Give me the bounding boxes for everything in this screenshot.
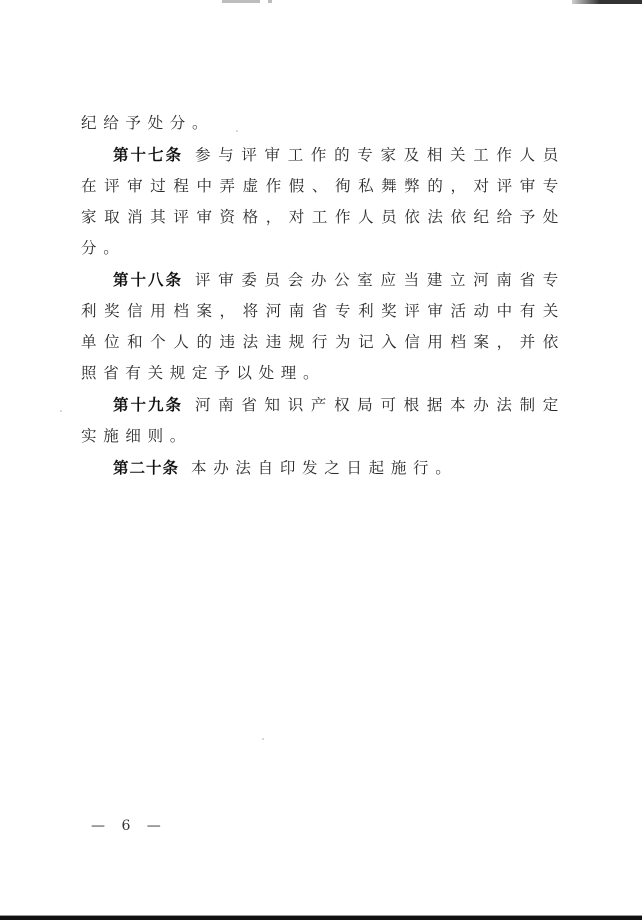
page-number: — 6 — <box>91 818 167 834</box>
article-heading: 第十八条 <box>113 270 183 289</box>
scan-speck <box>236 130 238 132</box>
scan-artifact-top <box>222 0 260 3</box>
scan-edge-bottom <box>0 915 642 920</box>
article-heading: 第十九条 <box>113 395 183 414</box>
scan-artifact-top-small <box>268 0 272 3</box>
article-18: 第十八条评审委员会办公室应当建立河南省专利奖信用档案，将河南省专利奖评审活动中有… <box>81 264 565 389</box>
article-heading: 第十七条 <box>113 145 183 164</box>
scan-edge-top-right <box>572 0 642 4</box>
continuation-paragraph: 纪给予处分。 <box>81 108 565 139</box>
article-heading: 第二十条 <box>113 458 179 477</box>
continuation-text: 纪给予处分。 <box>81 114 214 132</box>
scan-speck <box>60 410 62 412</box>
document-body: 纪给予处分。 第十七条参与评审工作的专家及相关工作人员在评审过程中弄虚作假、徇私… <box>81 108 565 484</box>
article-17: 第十七条参与评审工作的专家及相关工作人员在评审过程中弄虚作假、徇私舞弊的，对评审… <box>81 139 565 264</box>
scan-speck <box>262 738 264 740</box>
article-20: 第二十条本办法自印发之日起施行。 <box>81 452 565 484</box>
article-19: 第十九条河南省知识产权局可根据本办法制定实施细则。 <box>81 389 565 452</box>
article-text: 本办法自印发之日起施行。 <box>191 459 457 477</box>
